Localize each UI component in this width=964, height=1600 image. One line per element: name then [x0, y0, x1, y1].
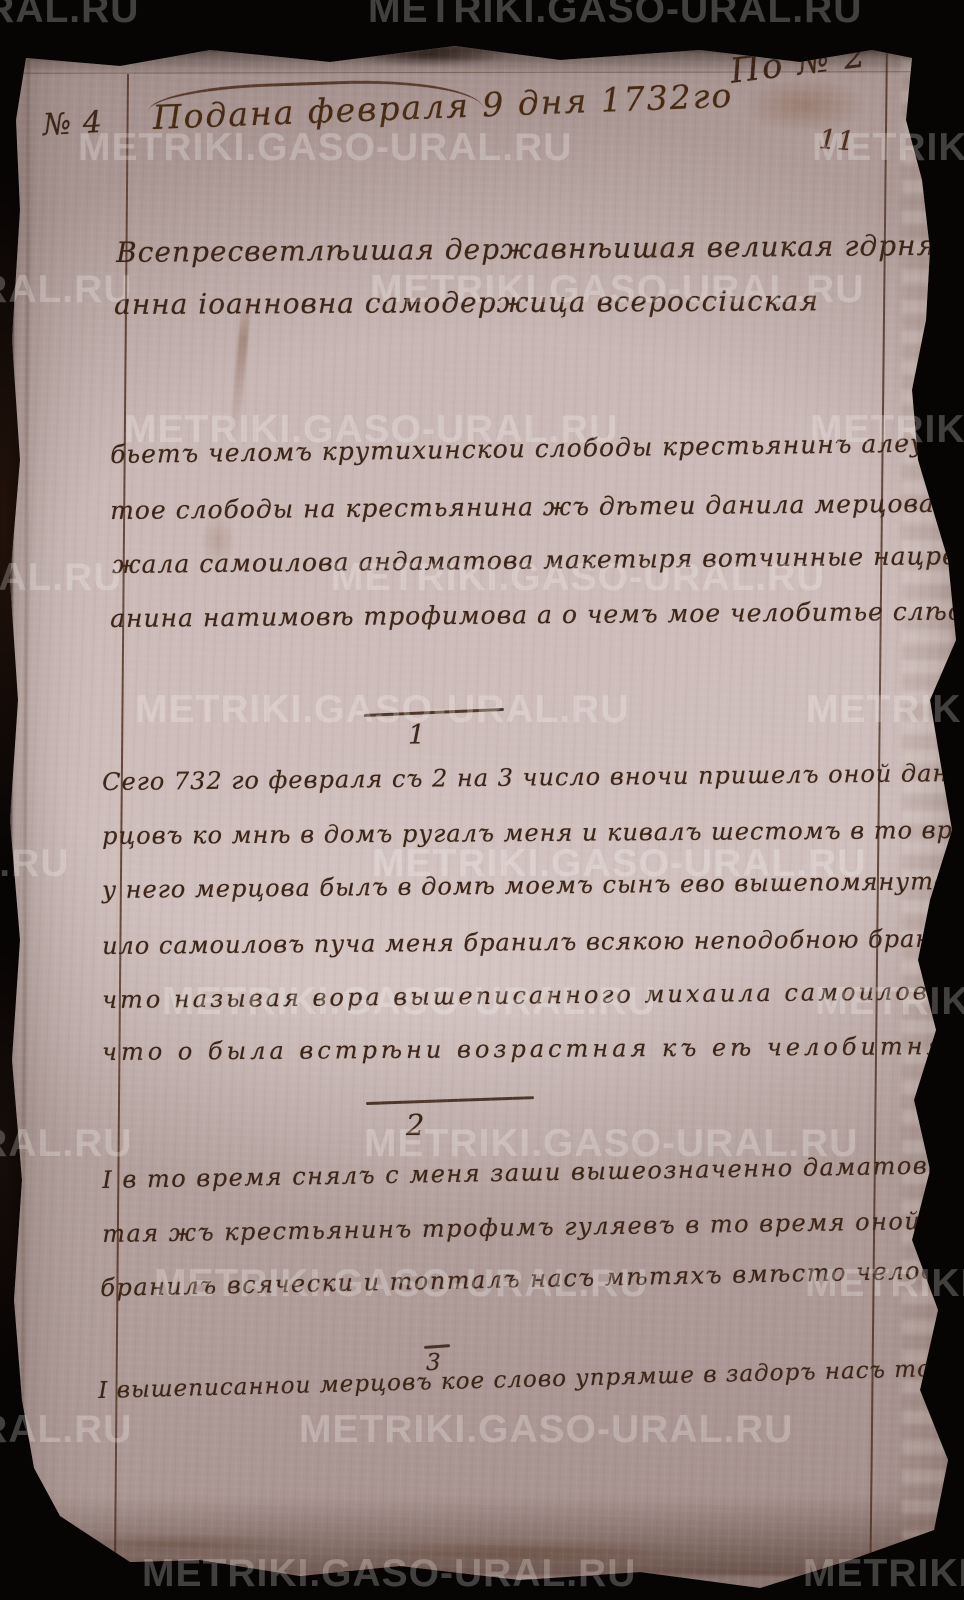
point-1-line: что о была встрѣни возрастная къ еѣ чело…	[102, 1032, 946, 1066]
corner-mark: г.	[84, 34, 98, 52]
margin-line-right	[870, 40, 888, 1562]
point-2-number: 2	[406, 1108, 425, 1142]
salutation-line: Всепресветлѣишая державнѣишая великая гд…	[116, 227, 964, 269]
preamble-line: жала самоилова андаматова макетыря вотчи…	[112, 540, 964, 579]
handwriting-layer: г. № 4 Подана февраля 9 дня 1732го По № …	[0, 0, 964, 1600]
point-1-line: Сего 732 го февраля съ 2 на 3 число вноч…	[102, 758, 964, 796]
manuscript-page: г. № 4 Подана февраля 9 дня 1732го По № …	[0, 0, 964, 1600]
point-2-overline	[366, 1096, 534, 1105]
manuscript-scan: г. № 4 Подана февраля 9 дня 1732го По № …	[0, 0, 964, 1600]
preamble-line: анина натимовѣ трофимова а о чемъ мое че…	[110, 595, 964, 633]
paper-torn-right-edge	[902, 60, 954, 1540]
ink-stain-streak	[230, 296, 252, 441]
watermark-text: METRIKI.GASO-URAL.RU	[0, 0, 139, 32]
point-1-line: ило самоиловъ пуча меня бранилъ всякою н…	[102, 924, 964, 960]
point-2-line: І в то время снялъ с меня заши вышеознач…	[102, 1150, 964, 1194]
filing-number: По № 2	[728, 35, 869, 91]
point-2-line: тая жъ крестьянинъ трофимъ гуляевъ в то …	[102, 1205, 964, 1248]
paper-edge-shading	[0, 0, 964, 1600]
watermark-text: METRIKI.GASO-URAL.RU	[368, 0, 862, 32]
ink-flourish	[148, 76, 484, 121]
preamble-line: бьетъ челомъ крутихинскои слободы кресть…	[110, 426, 964, 469]
paper-bottom-edge	[0, 1496, 964, 1576]
point-1-line: рцовъ ко мнѣ в домъ ругалъ меня и кивалъ…	[102, 815, 964, 850]
paper-top-edge	[0, 28, 964, 74]
point-1-number: 1	[408, 720, 426, 751]
preamble-line: тое слободы на крестьянина жъ дѣтеи дани…	[110, 488, 964, 525]
margin-line-left	[114, 74, 129, 1556]
point-3-overline	[424, 1344, 450, 1348]
point-1-line: что называя вора вышеписанного михаила с…	[102, 977, 964, 1014]
point-1-overline	[364, 708, 504, 717]
point-3-number: 3	[426, 1350, 442, 1376]
binding-crease	[5, 40, 16, 1560]
ruled-line-top	[14, 71, 910, 74]
binding-crease-secondary	[20, 60, 31, 1520]
archive-number: № 4	[42, 105, 104, 143]
header-date-line: Подана февраля 9 дня 1732го	[152, 76, 734, 137]
salutation-line: анна іоанновна самодержица всероссіиская	[114, 284, 819, 321]
point-2-line: бранилъ всячески и топталъ насъ мѣтяхъ в…	[100, 1254, 964, 1302]
point-3-line: І вышеписаннои мерцовъ кое слово упрямше…	[98, 1353, 964, 1404]
point-1-line: у него мерцова былъ в домѣ моемъ сынъ ев…	[102, 866, 964, 904]
sheet-number: 11	[818, 124, 856, 157]
